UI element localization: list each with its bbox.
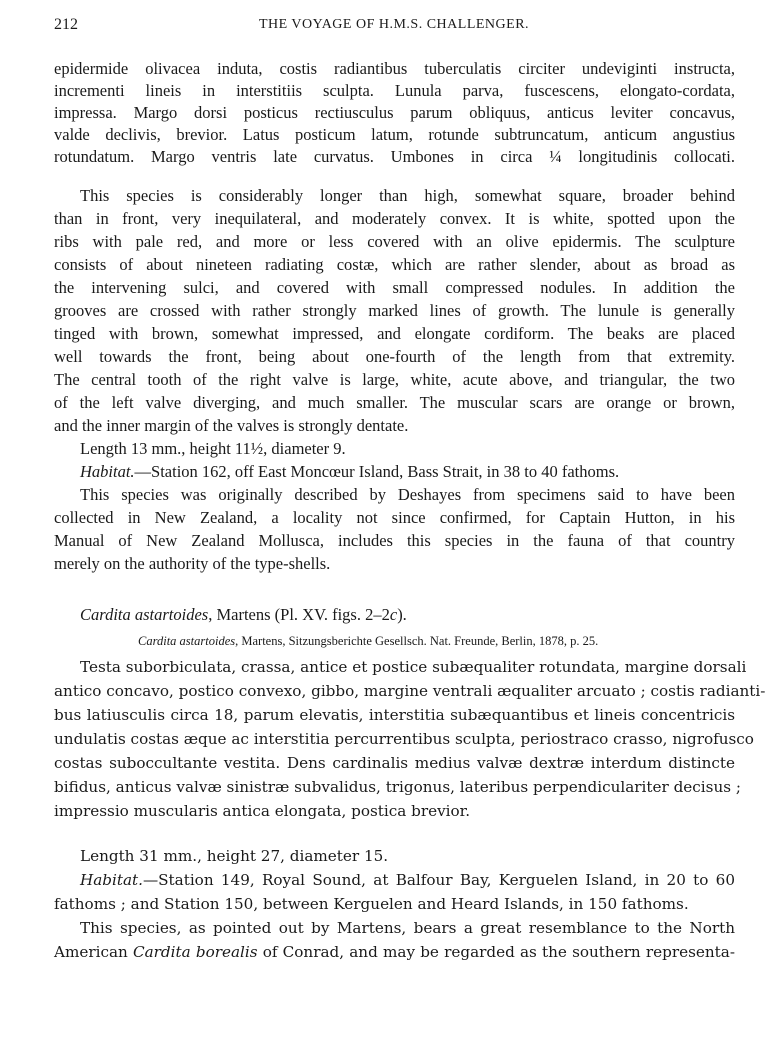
text-line: tinged with brown, somewhat impressed, a… (54, 323, 735, 345)
text-line: of the left valve diverging, and much sm… (54, 392, 735, 414)
text-line: the intervening sulci, and covered with … (54, 277, 735, 299)
habitat-label: Habitat. (80, 871, 143, 889)
species-reference: Cardita borealis (133, 943, 258, 961)
page-header: 212 THE VOYAGE OF H.M.S. CHALLENGER. (54, 16, 734, 40)
text-line: merely on the authority of the type-shel… (54, 553, 735, 575)
habitat: Habitat.—Station 162, off East Moncœur I… (80, 461, 735, 483)
remarks-text: American (54, 943, 133, 961)
text-line: grooves are crossed with rather strongly… (54, 300, 735, 322)
text-line: than in front, very inequilateral, and m… (54, 208, 735, 230)
text-line: consists of about nineteen radiating cos… (54, 254, 735, 276)
remarks-line: This species, as pointed out by Martens,… (80, 917, 735, 939)
running-title: THE VOYAGE OF H.M.S. CHALLENGER. (54, 17, 734, 33)
remarks-text: of Conrad, and may be regarded as the so… (258, 943, 735, 961)
habitat-text: —Station 162, off East Moncœur Island, B… (135, 462, 620, 481)
habitat-label: Habitat. (80, 462, 135, 481)
text-line: valde declivis, brevior. Latus posticum … (54, 124, 735, 146)
text-line: This species is considerably longer than… (80, 185, 735, 207)
text-line: epidermide olivacea induta, costis radia… (54, 58, 735, 80)
species-citation: Cardita astartoides, Martens, Sitzungsbe… (138, 630, 735, 652)
species-name: Cardita astartoides (80, 605, 208, 624)
text-line: The central tooth of the right valve is … (54, 369, 735, 391)
remarks-line: American Cardita borealis of Conrad, and… (54, 941, 735, 963)
habitat-continued: fathoms ; and Station 150, between Kergu… (54, 893, 735, 915)
text-line: undulatis costas æque ac interstitia per… (54, 728, 735, 750)
citation-text: , Martens, Sitzungsberichte Gesellsch. N… (235, 634, 598, 648)
text-line: collected in New Zealand, a locality not… (54, 507, 735, 529)
citation-name: Cardita astartoides (138, 634, 235, 648)
species-heading: Cardita astartoides, Martens (Pl. XV. fi… (80, 604, 735, 626)
text-line: Manual of New Zealand Mollusca, includes… (54, 530, 735, 552)
text-line: impressa. Margo dorsi posticus rectiuscu… (54, 102, 735, 124)
text-line: costas suboccultante vestita. Dens cardi… (54, 752, 735, 774)
measurements: Length 13 mm., height 11½, diameter 9. (80, 438, 735, 460)
species-author-plate: , Martens (Pl. XV. figs. 2–2 (208, 605, 390, 624)
text-line: antico concavo, postico convexo, gibbo, … (54, 680, 735, 702)
document-page: 212 THE VOYAGE OF H.M.S. CHALLENGER. epi… (0, 0, 776, 1050)
text-line: bifidus, anticus valvæ sinistræ subvalid… (54, 776, 735, 798)
text-line: incrementi lineis in interstitiis sculpt… (54, 80, 735, 102)
measurements: Length 31 mm., height 27, diameter 15. (80, 845, 735, 867)
text-line: rotundatum. Margo ventris late curvatus.… (54, 146, 735, 168)
text-line: Testa suborbiculata, crassa, antice et p… (80, 656, 735, 678)
text-line: well towards the front, being about one-… (54, 346, 735, 368)
text-line: bus latiusculis circa 18, parum elevatis… (54, 704, 735, 726)
text-line: and the inner margin of the valves is st… (54, 415, 735, 437)
text-line: This species was originally described by… (80, 484, 735, 506)
habitat-text: —Station 149, Royal Sound, at Balfour Ba… (143, 871, 735, 889)
text-line: impressio muscularis antica elongata, po… (54, 800, 735, 822)
text-line: ribs with pale red, and more or less cov… (54, 231, 735, 253)
habitat: Habitat.—Station 149, Royal Sound, at Ba… (80, 869, 735, 891)
plate-close: ). (397, 605, 407, 624)
